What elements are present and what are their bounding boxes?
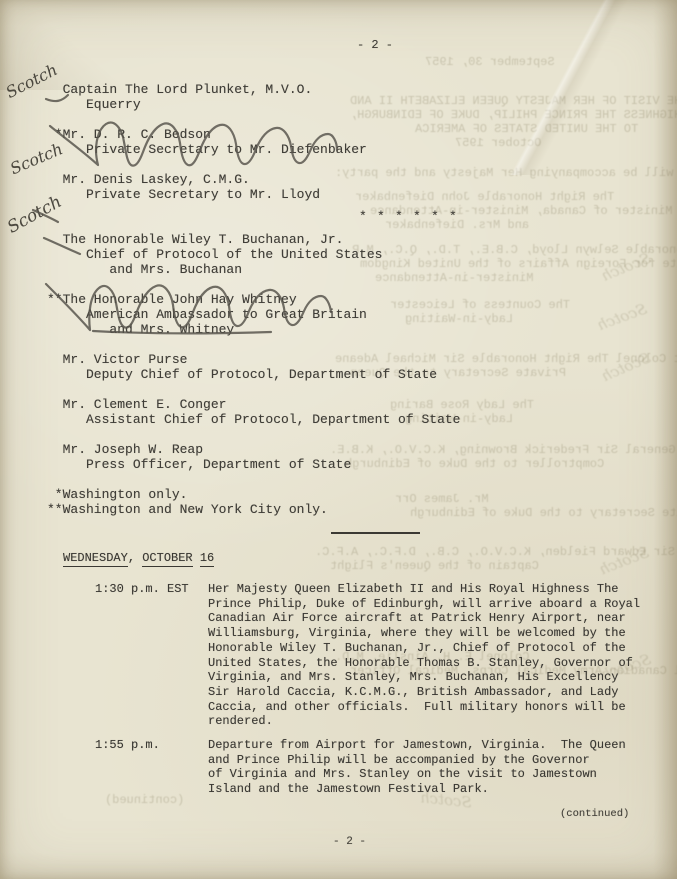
heading-day: WEDNESDAY — [63, 551, 128, 567]
bleed-through-handwriting: Scotch — [594, 300, 649, 335]
schedule-time-label: 1:30 p.m. EST — [95, 582, 189, 596]
page-number-top: - 2 - — [357, 38, 393, 52]
bleed-through-text: Captain of the Queen's Flight — [330, 559, 539, 573]
section-divider-rule — [331, 532, 420, 534]
continued-label: (continued) — [560, 808, 629, 820]
bleed-through-text: September 30, 1957 — [425, 55, 555, 69]
heading-date: 16 — [200, 551, 214, 567]
heading-month: OCTOBER — [142, 551, 192, 567]
schedule-description: Departure from Airport for Jamestown, Vi… — [208, 738, 626, 797]
bleed-through-text: October 1957 — [455, 136, 541, 150]
heading-comma: , — [128, 551, 142, 565]
schedule-heading: WEDNESDAY, OCTOBER 16 — [63, 551, 214, 565]
schedule-time-label: 1:55 p.m. — [95, 738, 160, 752]
schedule-description: Her Majesty Queen Elizabeth II and His R… — [208, 582, 640, 729]
document-page: September 30, 1957PROGRAM FOR THE VISIT … — [0, 0, 677, 879]
bleed-through-text: (continued) — [105, 793, 184, 807]
heading-space — [193, 551, 200, 565]
page-number-bottom: - 2 - — [333, 836, 366, 848]
asterisk-separator: * * * * * * — [359, 209, 458, 224]
roster-list: Captain The Lord Plunket, M.V.O. Equerry… — [47, 82, 460, 517]
